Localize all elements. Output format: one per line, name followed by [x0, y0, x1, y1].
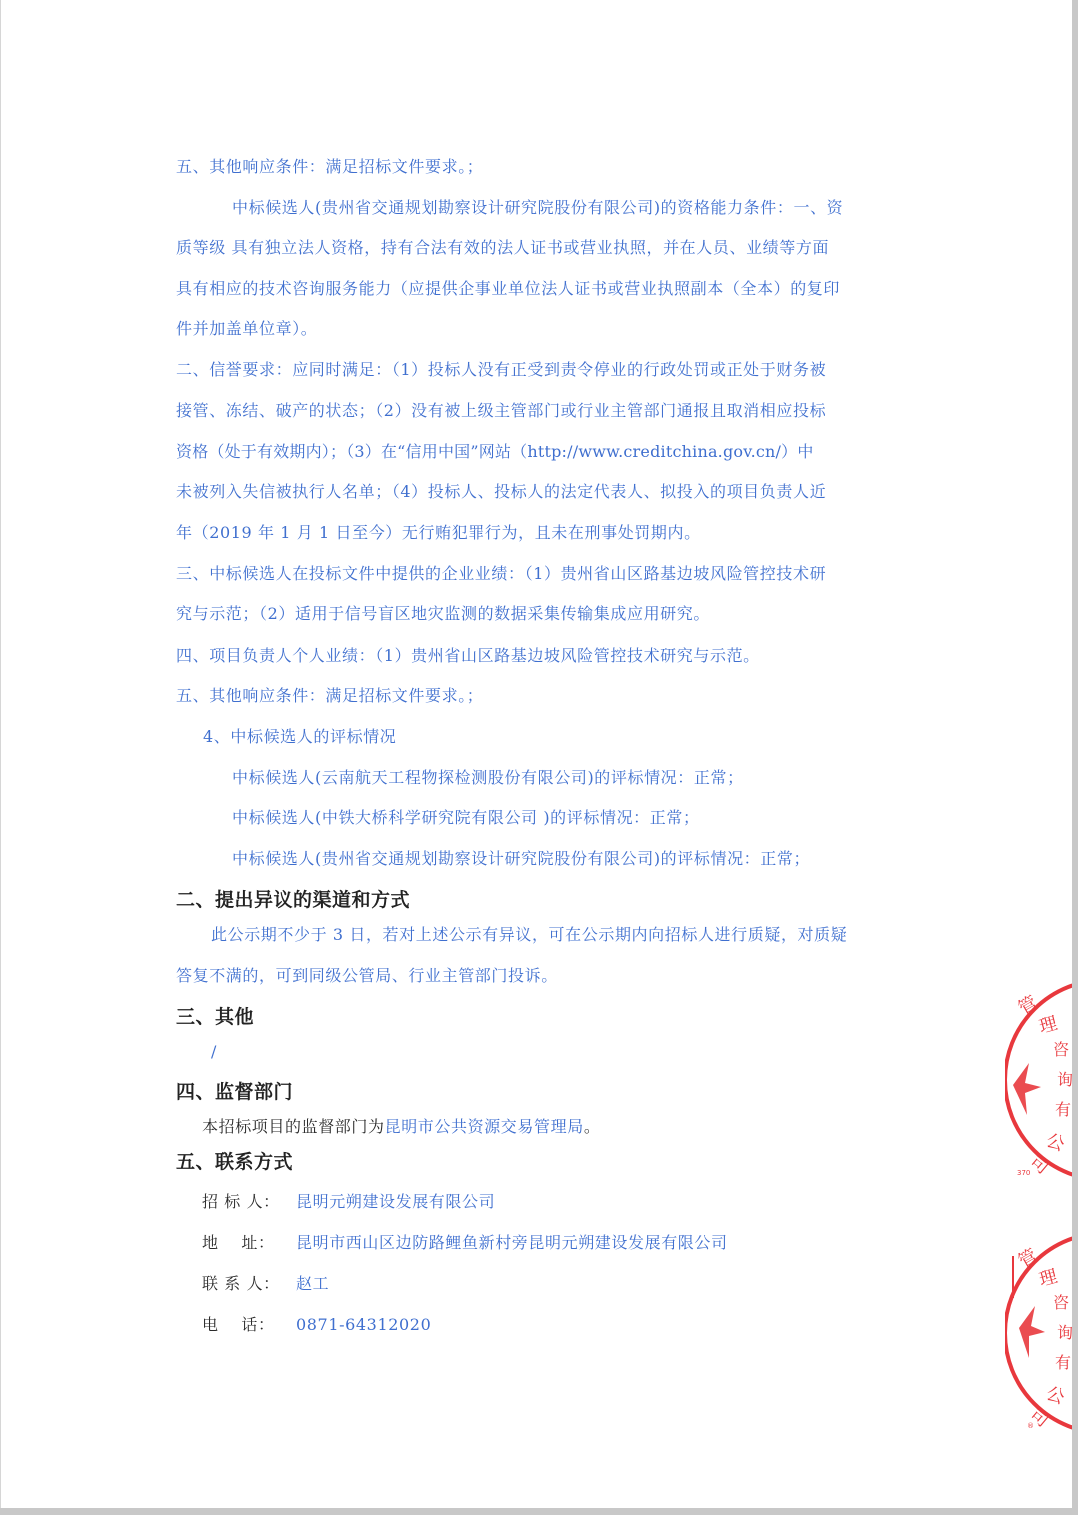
page-border-right [1072, 0, 1078, 1515]
contact-value: 昆明元朔建设发展有限公司 [296, 1192, 495, 1211]
document-page: 五、其他响应条件：满足招标文件要求。； 中标候选人(贵州省交通规划勘察设计研究院… [0, 0, 1072, 1508]
other-response-conditions-2: 五、其他响应条件：满足招标文件要求。； [176, 686, 483, 706]
svg-text:询: 询 [1057, 1323, 1072, 1342]
svg-text:有: 有 [1055, 1353, 1071, 1372]
credit-requirement-line-2: 接管、冻结、破产的状态；（2）没有被上级主管部门或行业主管部门通报且取消相应投标 [176, 401, 826, 421]
company-performance-line-1: 三、中标候选人在投标文件中提供的企业业绩：（1）贵州省山区路基边坡风险管控技术研 [176, 564, 826, 584]
qualification-line-4: 件并加盖单位章）。 [176, 319, 317, 339]
supervision-text: 本招标项目的监督部门为昆明市公共资源交易管理局。 [202, 1117, 600, 1137]
company-performance-line-2: 究与示范；（2）适用于信号盲区地灾监测的数据采集传输集成应用研究。 [176, 604, 710, 624]
svg-text:有: 有 [1055, 1100, 1071, 1119]
svg-text:询: 询 [1057, 1070, 1072, 1089]
contact-row-phone: 电 话：0871-64312020 [202, 1315, 431, 1335]
page-border-bottom [0, 1508, 1078, 1515]
candidate-qualification-intro: 中标候选人(贵州省交通规划勘察设计研究院股份有限公司)的资格能力条件：一、资 [232, 198, 843, 218]
svg-text:咨: 咨 [1053, 1293, 1069, 1312]
contact-value: 赵工 [296, 1274, 329, 1293]
svg-text:管: 管 [1015, 992, 1041, 1019]
supervision-suffix: 。 [584, 1117, 601, 1136]
objection-heading: 二、提出异议的渠道和方式 [176, 889, 410, 911]
contact-row-tenderer: 招 标 人：昆明元朔建设发展有限公司 [202, 1192, 495, 1212]
contact-row-address: 地 址：昆明市西山区边防路鲤鱼新村旁昆明元朔建设发展有限公司 [202, 1233, 728, 1253]
svg-text:咨: 咨 [1053, 1040, 1069, 1059]
objection-line-1: 此公示期不少于 3 日，若对上述公示有异议，可在公示期内向招标人进行质疑，对质疑 [211, 925, 847, 945]
contact-heading: 五、联系方式 [176, 1151, 293, 1173]
evaluation-item-1: 中标候选人(云南航天工程物探检测股份有限公司)的评标情况：正常； [232, 768, 744, 788]
qualification-line-2: 质等级 具有独立法人资格，持有合法有效的法人证书或营业执照，并在人员、业绩等方面 [176, 238, 829, 258]
credit-requirement-line-5: 年（2019 年 1 月 1 日至今）无行贿犯罪行为，且未在刑事处罚期内。 [176, 523, 701, 543]
project-leader-performance: 四、项目负责人个人业绩：（1）贵州省山区路基边坡风险管控技术研究与示范。 [176, 646, 760, 666]
svg-text:公: 公 [1043, 1130, 1067, 1156]
contact-label: 招 标 人： [202, 1192, 296, 1212]
objection-line-2: 答复不满的，可到同级公管局、行业主管部门投诉。 [176, 966, 558, 986]
other-response-conditions-1: 五、其他响应条件：满足招标文件要求。； [176, 157, 483, 177]
supervision-prefix: 本招标项目的监督部门为 [202, 1117, 385, 1136]
credit-requirement-line-3: 资格（处于有效期内）；（3）在“信用中国”网站（http://www.credi… [176, 442, 814, 462]
contact-label: 电 话： [202, 1315, 296, 1335]
svg-text:®: ® [1027, 1422, 1034, 1430]
contact-value: 昆明市西山区边防路鲤鱼新村旁昆明元朔建设发展有限公司 [296, 1233, 728, 1252]
svg-text:理: 理 [1037, 1013, 1060, 1038]
svg-text:管: 管 [1015, 1245, 1041, 1272]
credit-requirement-line-1: 二、信誉要求：应同时满足：（1）投标人没有正受到责令停业的行政处罚或正处于财务被 [176, 360, 826, 380]
contact-value: 0871-64312020 [296, 1315, 431, 1334]
contact-row-person: 联 系 人：赵工 [202, 1274, 329, 1294]
svg-text:370: 370 [1017, 1169, 1030, 1177]
svg-text:理: 理 [1037, 1266, 1060, 1291]
svg-text:公: 公 [1043, 1383, 1067, 1409]
other-heading: 三、其他 [176, 1006, 254, 1028]
evaluation-title: 4、中标候选人的评标情况 [203, 727, 396, 747]
contact-label: 地 址： [202, 1233, 296, 1253]
supervision-heading: 四、监督部门 [176, 1081, 293, 1103]
contact-label: 联 系 人： [202, 1274, 296, 1294]
company-seal-icon: 管 理 咨 询 有 公 司 370 [1005, 975, 1072, 1185]
other-content: / [211, 1042, 217, 1062]
credit-requirement-line-4: 未被列入失信被执行人名单；（4）投标人、投标人的法定代表人、拟投入的项目负责人近 [176, 482, 826, 502]
evaluation-item-2: 中标候选人(中铁大桥科学研究院有限公司 )的评标情况：正常； [232, 808, 700, 828]
company-seal-icon: 管 理 咨 询 有 公 司 ® [1005, 1228, 1072, 1438]
qualification-line-3: 具有相应的技术咨询服务能力（应提供企事业单位法人证书或营业执照副本（全本）的复印 [176, 279, 840, 299]
supervision-department: 昆明市公共资源交易管理局 [385, 1117, 584, 1136]
page-border-left [0, 0, 1, 1515]
evaluation-item-3: 中标候选人(贵州省交通规划勘察设计研究院股份有限公司)的评标情况：正常； [232, 849, 810, 869]
